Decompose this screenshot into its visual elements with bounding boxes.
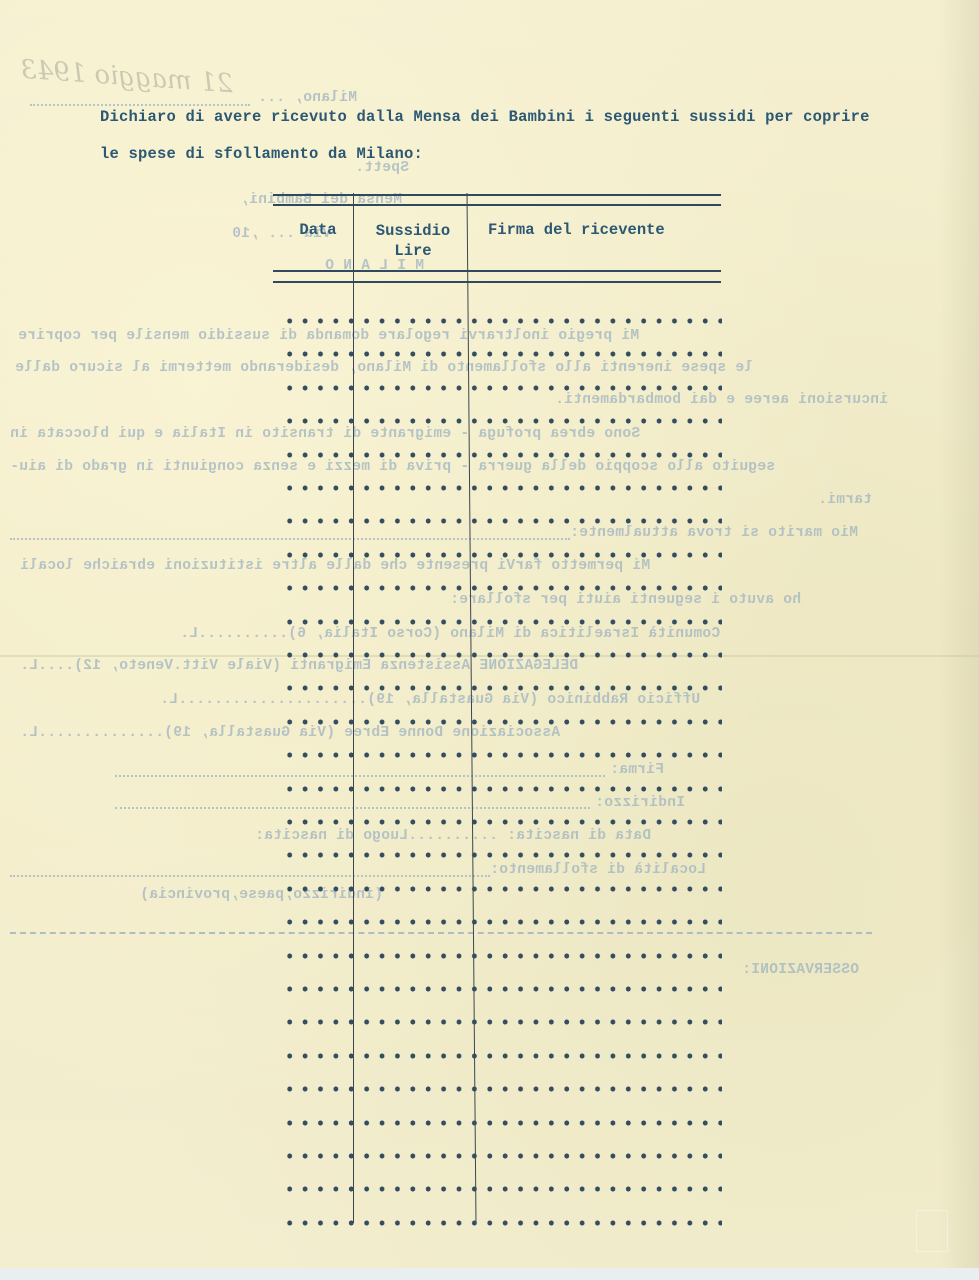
document-page: 21 maggio 1943 Milano, ... Spett. Mensa … [0, 0, 979, 1268]
table-row [282, 819, 722, 825]
table-row [282, 552, 722, 558]
body-bleed-15: Data di nascita: ..........Luogo di nasc… [255, 828, 651, 844]
table-row [282, 685, 722, 691]
body-bleed-1: le spese inerenti allo sfollamento di Mi… [15, 360, 753, 376]
table-row [282, 652, 722, 658]
declaration-line-1: Dichiaro di avere ricevuto dalla Mensa d… [100, 108, 870, 126]
table-row [282, 886, 722, 892]
table-row [282, 318, 722, 324]
table-row [282, 1220, 722, 1226]
scan-border [0, 1268, 979, 1280]
table-row [282, 1186, 722, 1192]
place-dots-bleed [30, 104, 250, 106]
body-bleed-3: Sono ebrea profuga - emigrante di transi… [10, 426, 640, 442]
table-top-rule-1 [273, 194, 721, 196]
table-row [282, 953, 722, 959]
body-bleed-16: Località di sfollamento: [490, 862, 706, 878]
table-row [282, 786, 722, 792]
archive-stamp [916, 1210, 948, 1252]
body-bleed-2: incursioni aeree e dai bombardamenti. [555, 392, 888, 408]
declaration-line-2: le spese di sfollamento da Milano: [100, 145, 423, 163]
table-row [282, 1153, 722, 1159]
body-bleed-12: Associazione Donne Ebree (Via Guastalla,… [20, 725, 560, 741]
table-row [282, 452, 722, 458]
table-row [282, 585, 722, 591]
body-bleed-8: ho avuto i seguenti aiuti per sfollare: [450, 592, 801, 608]
table-row [282, 485, 722, 491]
table-row [282, 1120, 722, 1126]
table-header-bottom-rule-2 [273, 281, 721, 283]
table-row [282, 385, 722, 391]
body-bleed-13: Firma: [610, 762, 664, 778]
body-bleed-9: Comunità Israelitica di Milano (Corso It… [180, 626, 720, 642]
body-bleed-18: OSSERVAZIONI: [742, 962, 859, 978]
column-divider-2 [467, 193, 477, 1223]
place-line-bleed: Milano, ... [258, 90, 357, 106]
table-row [282, 986, 722, 992]
column-header-sussidio: Sussidio Lire [356, 221, 470, 261]
table-row [282, 1019, 722, 1025]
body-bleed-6: Mio marito si trova attualmente: [570, 525, 858, 541]
table-row [282, 852, 722, 858]
body-bleed-10: DELEGAZIONE Assistenza Emigranti (Viale … [20, 658, 578, 674]
table-row [282, 619, 722, 625]
body-bleed-14: Indirizzo: [595, 795, 685, 811]
column-header-firma: Firma del ricevente [476, 221, 728, 239]
body-bleed-0: Mi pregio inoltrarvi regolare domanda di… [18, 328, 639, 344]
husband-dots-bleed [10, 538, 570, 540]
column-header-data: Data [283, 221, 353, 239]
table-top-rule-2 [273, 204, 721, 206]
handwritten-date-bleed: 21 maggio 1943 [19, 55, 234, 100]
table-row [282, 919, 722, 925]
body-bleed-7: Mi permetto farVi presente che dalle alt… [20, 558, 650, 574]
table-row [282, 418, 722, 424]
separator-rule-bleed [10, 932, 872, 934]
page-edge-shadow [939, 0, 979, 1268]
table-row [282, 752, 722, 758]
table-row [282, 518, 722, 524]
signature-dots-bleed [115, 775, 605, 777]
column-divider-1 [353, 193, 354, 1223]
body-bleed-11: Ufficio Rabbinico (Via Guastalla, 19)...… [160, 692, 700, 708]
table-row [282, 1053, 722, 1059]
body-bleed-5: tarmi. [818, 492, 872, 508]
body-bleed-4: seguito allo scoppio della guerra - priv… [10, 459, 775, 475]
location-dots-bleed [10, 875, 490, 877]
table-row [282, 719, 722, 725]
table-row [282, 351, 722, 357]
table-row [282, 1086, 722, 1092]
table-header-bottom-rule-1 [273, 270, 721, 272]
